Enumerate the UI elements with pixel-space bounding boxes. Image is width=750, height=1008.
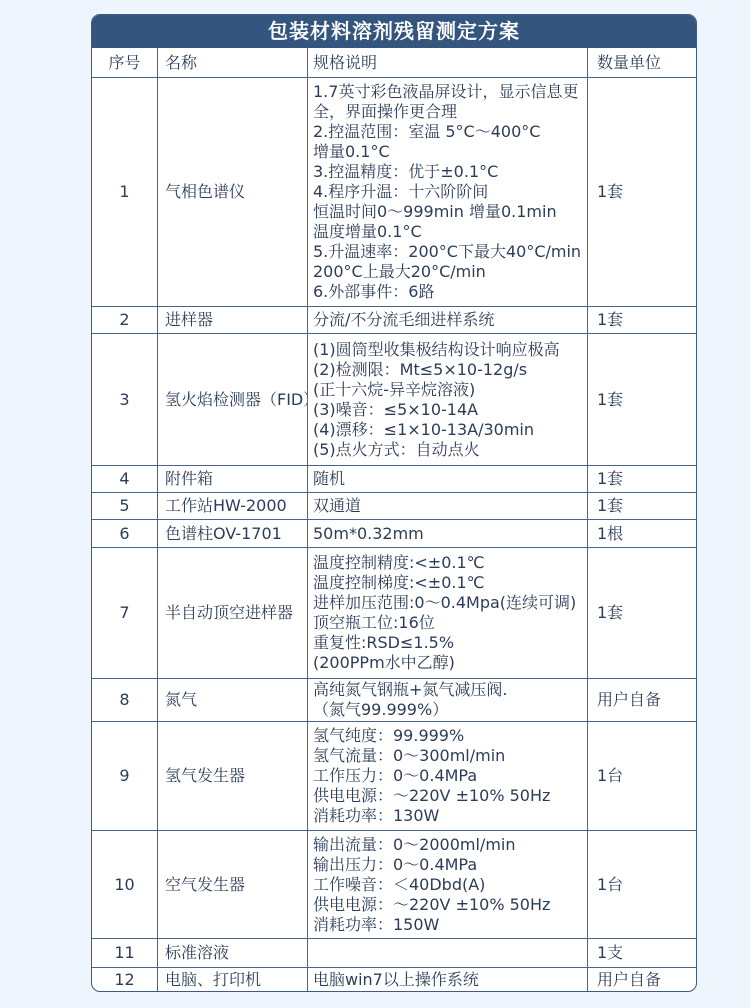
spec-line: 恒温时间0～999min 增量0.1min <box>313 202 584 222</box>
cell-index: 5 <box>92 492 158 519</box>
spec-line: 输出压力：0～0.4MPa <box>313 855 584 875</box>
spec-line: 4.程序升温：十六阶阶间 <box>313 182 584 202</box>
spec-line: 输出流量：0～2000ml/min <box>313 835 584 855</box>
spec-line: 全，界面操作更合理 <box>313 102 584 122</box>
cell-qty: 1套 <box>588 306 696 333</box>
cell-index: 4 <box>92 465 158 492</box>
spec-line: (2)检测限：Mt≤5×10-12g/s <box>313 360 584 380</box>
cell-index: 6 <box>92 519 158 547</box>
cell-qty: 1套 <box>588 547 696 678</box>
table-row: 12 电脑、打印机 电脑win7以上操作系统 用户自备 <box>92 967 696 991</box>
cell-index: 12 <box>92 967 158 991</box>
spec-line: 分流/不分流毛细进样系统 <box>313 310 584 330</box>
spec-line: 消耗功率：150W <box>313 915 584 935</box>
spec-line: (3)噪音：≤5×10-14A <box>313 400 584 420</box>
cell-name: 色谱柱OV-1701 <box>158 519 308 547</box>
spec-line: 温度控制精度:<±0.1℃ <box>313 553 584 573</box>
spec-line: (1)圆筒型收集极结构设计响应极高 <box>313 340 584 360</box>
cell-spec: 50m*0.32mm <box>308 519 588 547</box>
cell-qty: 用户自备 <box>588 967 696 991</box>
cell-name: 标准溶液 <box>158 938 308 967</box>
table-row: 4 附件箱 随机 1套 <box>92 465 696 492</box>
cell-name: 电脑、打印机 <box>158 967 308 991</box>
table-row: 3 氢火焰检测器（FID） (1)圆筒型收集极结构设计响应极高 (2)检测限：M… <box>92 333 696 465</box>
spec-line: 50m*0.32mm <box>313 524 584 544</box>
spec-line: 供电电源：～220V ±10% 50Hz <box>313 895 584 915</box>
cell-index: 1 <box>92 77 158 306</box>
cell-spec: (1)圆筒型收集极结构设计响应极高 (2)检测限：Mt≤5×10-12g/s (… <box>308 333 588 465</box>
cell-qty: 1套 <box>588 333 696 465</box>
spec-line: 重复性:RSD≤1.5% <box>313 633 584 653</box>
spec-line: 高纯氮气钢瓶+氮气减压阀. <box>313 680 584 700</box>
table-header-row: 序号 名称 规格说明 数量单位 <box>92 48 696 77</box>
cell-name: 进样器 <box>158 306 308 333</box>
spec-table-card: 包装材料溶剂残留测定方案 序号 名称 规格说明 数量单位 1 气相色谱仪 1.7… <box>91 14 697 992</box>
cell-spec: 随机 <box>308 465 588 492</box>
spec-line: 温度控制梯度:<±0.1℃ <box>313 573 584 593</box>
spec-line: 双通道 <box>313 496 584 516</box>
cell-spec: 输出流量：0～2000ml/min 输出压力：0～0.4MPa 工作噪音：＜40… <box>308 830 588 938</box>
spec-line: 工作压力：0～0.4MPa <box>313 766 584 786</box>
cell-qty: 1台 <box>588 830 696 938</box>
cell-spec: 温度控制精度:<±0.1℃ 温度控制梯度:<±0.1℃ 进样加压范围:0～0.4… <box>308 547 588 678</box>
table-row: 7 半自动顶空进样器 温度控制精度:<±0.1℃ 温度控制梯度:<±0.1℃ 进… <box>92 547 696 678</box>
table-row: 11 标准溶液 1支 <box>92 938 696 967</box>
cell-spec: 分流/不分流毛细进样系统 <box>308 306 588 333</box>
spec-line: 供电电源：～220V ±10% 50Hz <box>313 786 584 806</box>
spec-line: 随机 <box>313 469 584 489</box>
spec-line: 5.升温速率：200°C下最大40°C/min <box>313 242 584 262</box>
cell-name: 附件箱 <box>158 465 308 492</box>
spec-line: 1.7英寸彩色液晶屏设计，显示信息更 <box>313 82 584 102</box>
cell-qty: 1套 <box>588 77 696 306</box>
cell-name: 工作站HW-2000 <box>158 492 308 519</box>
spec-line: (正十六烷-异辛烷溶液) <box>313 380 584 400</box>
cell-name: 半自动顶空进样器 <box>158 547 308 678</box>
spec-line: (200PPm水中乙醇) <box>313 653 584 673</box>
table-row: 8 氮气 高纯氮气钢瓶+氮气减压阀. （氮气99.999%） 用户自备 <box>92 678 696 721</box>
cell-qty: 1套 <box>588 465 696 492</box>
cell-index: 8 <box>92 678 158 721</box>
spec-line: (5)点火方式：自动点火 <box>313 440 584 460</box>
spec-line: 电脑win7以上操作系统 <box>313 970 584 990</box>
cell-index: 3 <box>92 333 158 465</box>
table-row: 1 气相色谱仪 1.7英寸彩色液晶屏设计，显示信息更 全，界面操作更合理 2.控… <box>92 77 696 306</box>
spec-line: 工作噪音：＜40Dbd(A) <box>313 875 584 895</box>
cell-qty: 1支 <box>588 938 696 967</box>
cell-name: 空气发生器 <box>158 830 308 938</box>
header-spec: 规格说明 <box>308 48 588 77</box>
spec-line: 氢气纯度：99.999% <box>313 726 584 746</box>
header-qty: 数量单位 <box>588 48 696 77</box>
spec-line: 消耗功率：130W <box>313 806 584 826</box>
cell-name: 氢气发生器 <box>158 721 308 830</box>
table-row: 5 工作站HW-2000 双通道 1套 <box>92 492 696 519</box>
page-title: 包装材料溶剂残留测定方案 <box>92 15 696 48</box>
cell-qty: 1台 <box>588 721 696 830</box>
cell-spec: 1.7英寸彩色液晶屏设计，显示信息更 全，界面操作更合理 2.控温范围：室温 5… <box>308 77 588 306</box>
spec-line: 温度增量0.1°C <box>313 222 584 242</box>
cell-index: 2 <box>92 306 158 333</box>
cell-spec: 高纯氮气钢瓶+氮气减压阀. （氮气99.999%） <box>308 678 588 721</box>
cell-index: 9 <box>92 721 158 830</box>
spec-line: 氢气流量：0～300ml/min <box>313 746 584 766</box>
cell-spec: 电脑win7以上操作系统 <box>308 967 588 991</box>
cell-qty: 用户自备 <box>588 678 696 721</box>
spec-line: 增量0.1°C <box>313 142 584 162</box>
spec-line: (4)漂移：≤1×10-13A/30min <box>313 420 584 440</box>
cell-qty: 1根 <box>588 519 696 547</box>
spec-line: 进样加压范围:0～0.4Mpa(连续可调) <box>313 593 584 613</box>
spec-line: 3.控温精度：优于±0.1°C <box>313 162 584 182</box>
spec-line: 6.外部事件：6路 <box>313 282 584 302</box>
header-name: 名称 <box>158 48 308 77</box>
cell-index: 7 <box>92 547 158 678</box>
table-row: 2 进样器 分流/不分流毛细进样系统 1套 <box>92 306 696 333</box>
cell-spec: 双通道 <box>308 492 588 519</box>
cell-index: 11 <box>92 938 158 967</box>
cell-index: 10 <box>92 830 158 938</box>
spec-line: 顶空瓶工位:16位 <box>313 613 584 633</box>
spec-line: 2.控温范围：室温 5°C～400°C <box>313 122 584 142</box>
header-index: 序号 <box>92 48 158 77</box>
cell-name: 气相色谱仪 <box>158 77 308 306</box>
spec-line: 200°C上最大20°C/min <box>313 262 584 282</box>
cell-name: 氮气 <box>158 678 308 721</box>
table-row: 6 色谱柱OV-1701 50m*0.32mm 1根 <box>92 519 696 547</box>
cell-spec <box>308 938 588 967</box>
table-row: 10 空气发生器 输出流量：0～2000ml/min 输出压力：0～0.4MPa… <box>92 830 696 938</box>
cell-name: 氢火焰检测器（FID） <box>158 333 308 465</box>
table-row: 9 氢气发生器 氢气纯度：99.999% 氢气流量：0～300ml/min 工作… <box>92 721 696 830</box>
spec-table: 序号 名称 规格说明 数量单位 1 气相色谱仪 1.7英寸彩色液晶屏设计，显示信… <box>92 48 696 991</box>
spec-line: （氮气99.999%） <box>313 700 584 720</box>
cell-spec: 氢气纯度：99.999% 氢气流量：0～300ml/min 工作压力：0～0.4… <box>308 721 588 830</box>
cell-qty: 1套 <box>588 492 696 519</box>
